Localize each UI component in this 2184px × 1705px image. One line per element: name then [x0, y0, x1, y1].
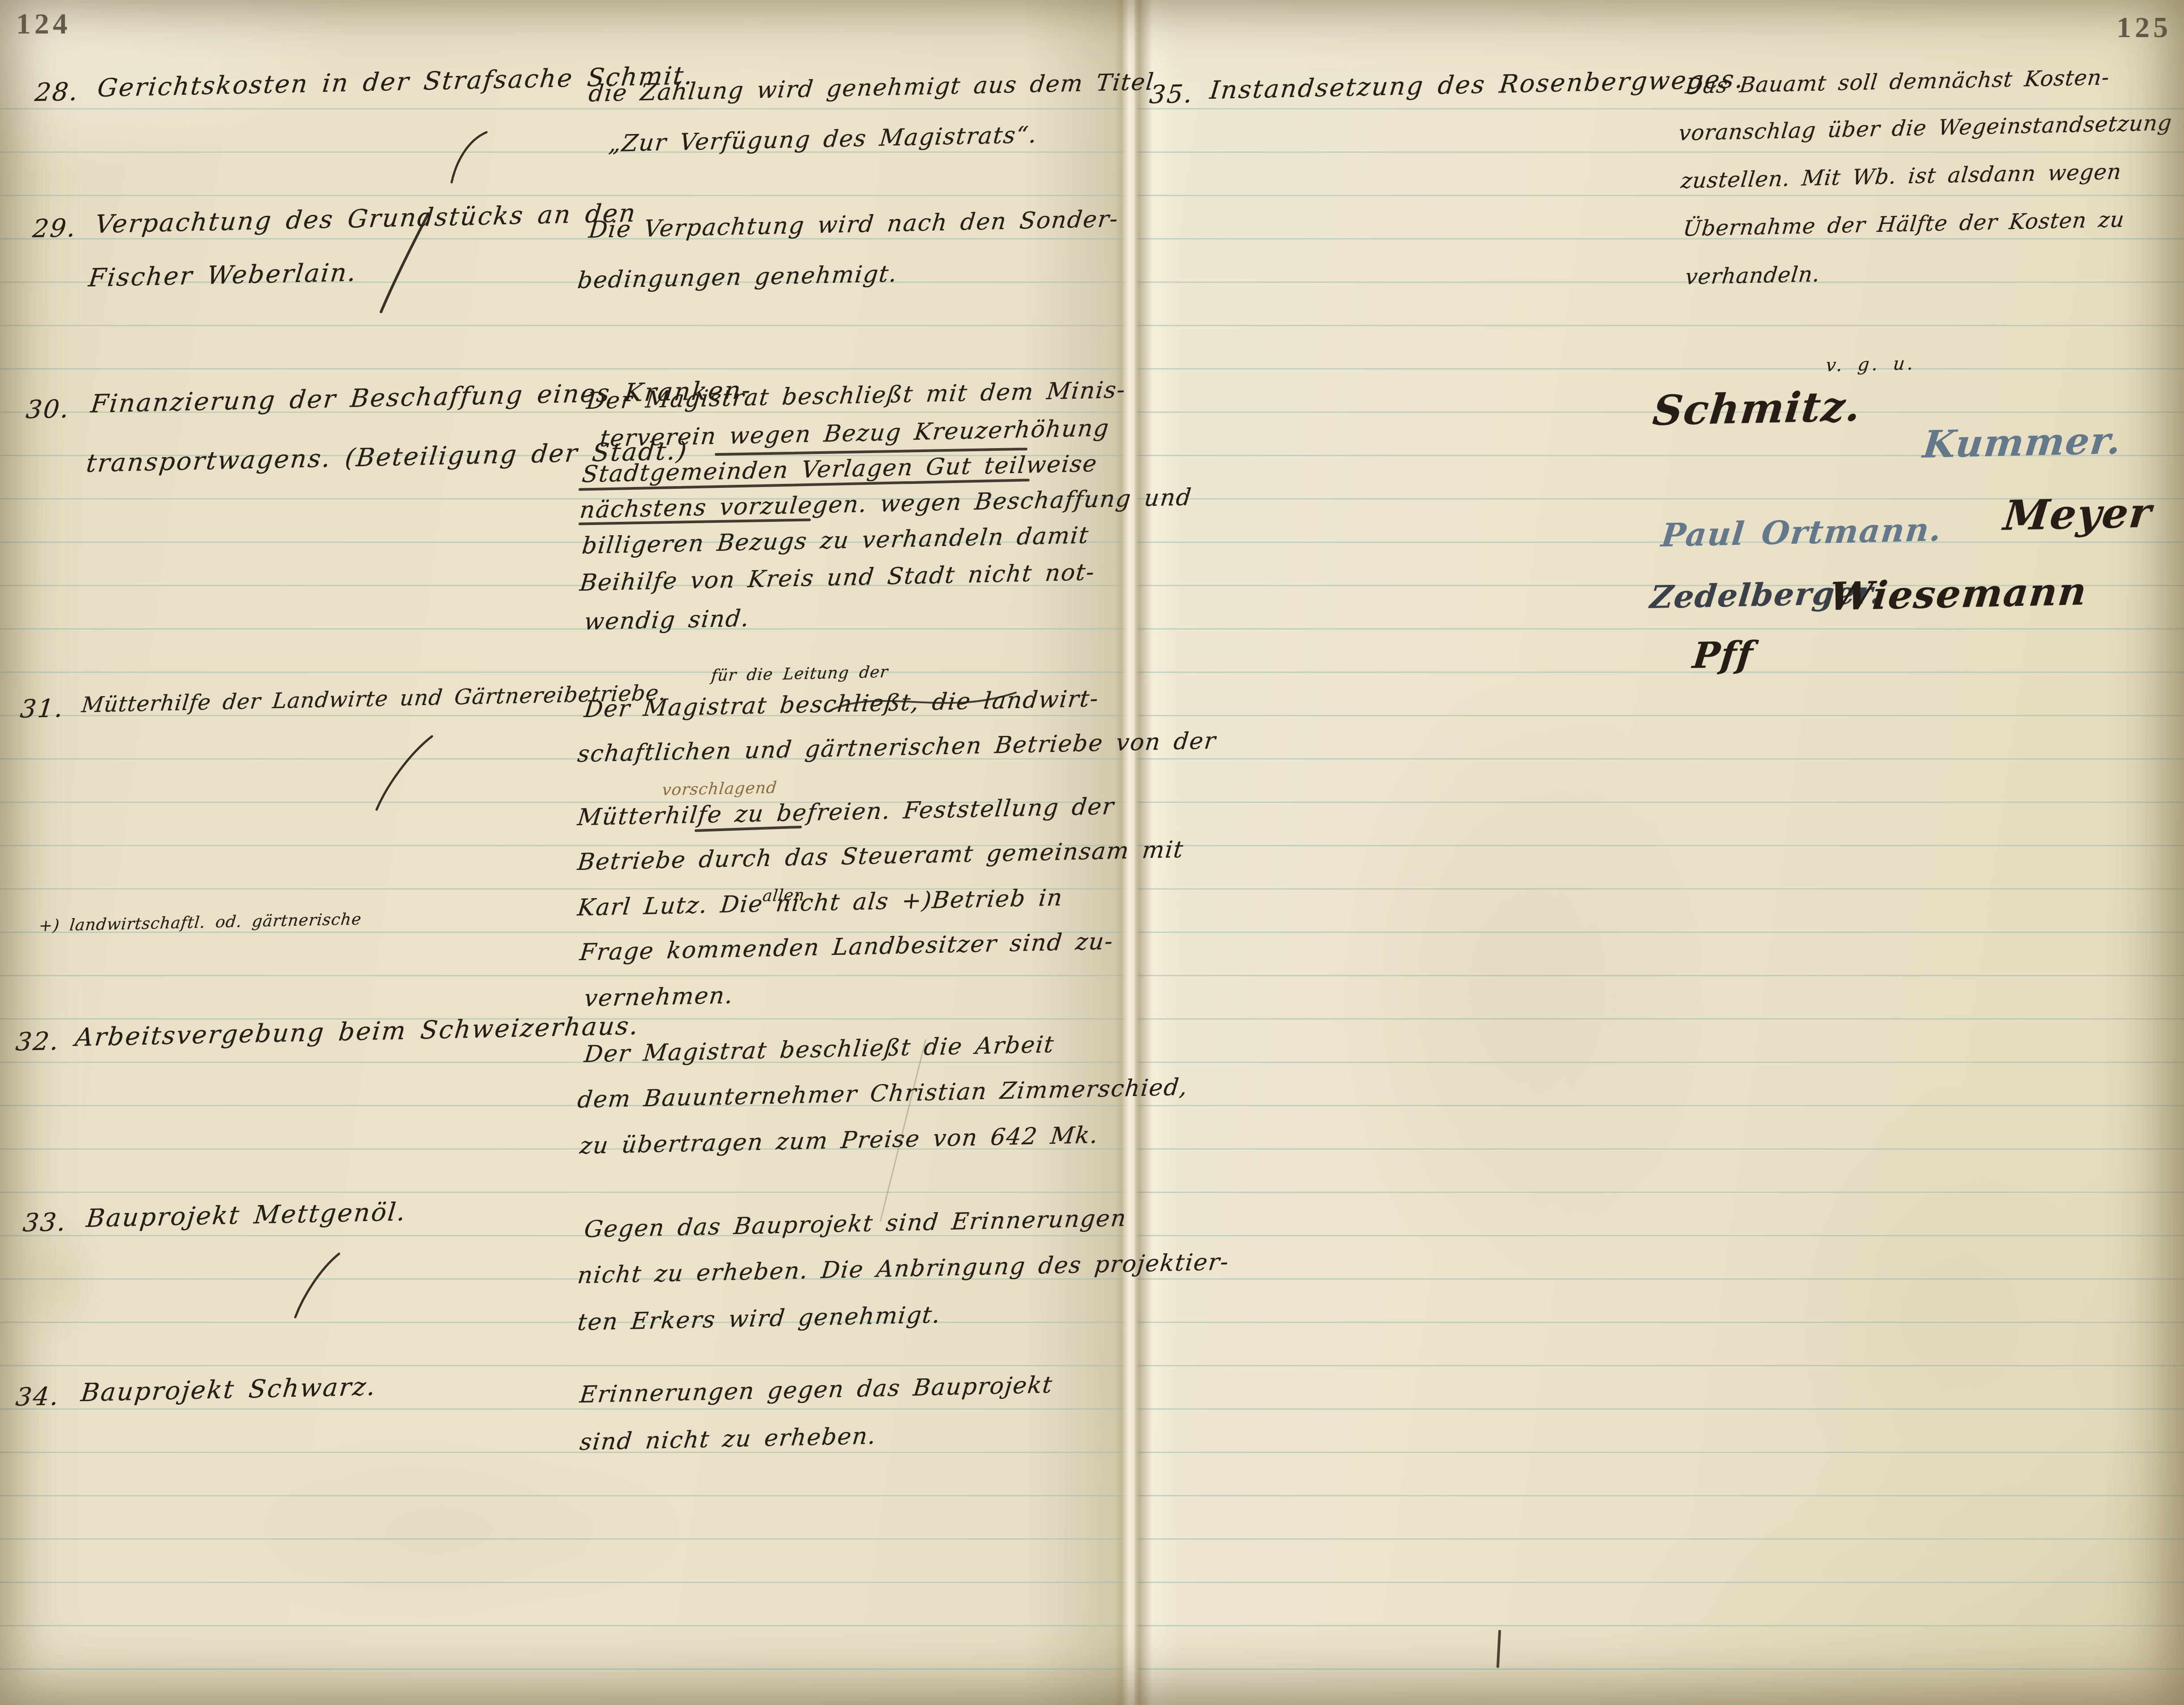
attestation-abbreviation: v. g. u. — [1825, 353, 1917, 376]
entry-31-resolution-line: vernehmen. — [583, 982, 735, 1012]
signature-wiesemann: Wiesemann — [1827, 569, 2089, 619]
signature-meyer: Meyer — [2001, 488, 2155, 540]
entry-28-number: 28. — [34, 77, 80, 107]
signature-initials-pff: Pff — [1691, 633, 1756, 676]
entry-29-title-line: Fischer Weberlain. — [87, 258, 359, 293]
check-tick-mark — [449, 130, 489, 185]
entry-30-resolution-line: wendig sind. — [583, 605, 751, 635]
entry-31-interline-insertion: für die Leitung der — [710, 663, 889, 685]
ruled-lines-right — [1137, 108, 2184, 1705]
entry-35-resolution-line: verhandeln. — [1684, 262, 1821, 290]
entry-33-number: 33. — [21, 1208, 68, 1238]
page-number-left: 124 — [16, 7, 71, 41]
page-number-right: 125 — [2117, 11, 2171, 45]
check-tick-mark — [293, 1251, 342, 1320]
signature-schmitz: Schmitz. — [1651, 382, 1864, 435]
entry-31-number: 31. — [19, 694, 66, 724]
entry-34-number: 34. — [14, 1382, 61, 1412]
entry-35-number: 35. — [1148, 80, 1195, 109]
signature-kummer: Kummer. — [1921, 418, 2124, 466]
entry-29-number: 29. — [31, 214, 78, 244]
slash-tick-mark — [377, 210, 431, 315]
signature-paul-ortmann: Paul Ortmann. — [1660, 510, 1944, 554]
entry-30-number: 30. — [25, 395, 71, 424]
check-tick-mark — [373, 733, 436, 813]
entry-32-number: 32. — [14, 1027, 61, 1057]
entry-31-interline-insertion-brown: vorschlagend — [661, 779, 778, 799]
ledger-scan: 124 125 28. Gerichtskosten in der Strafs… — [0, 0, 2184, 1705]
right-page — [1137, 0, 2184, 1705]
